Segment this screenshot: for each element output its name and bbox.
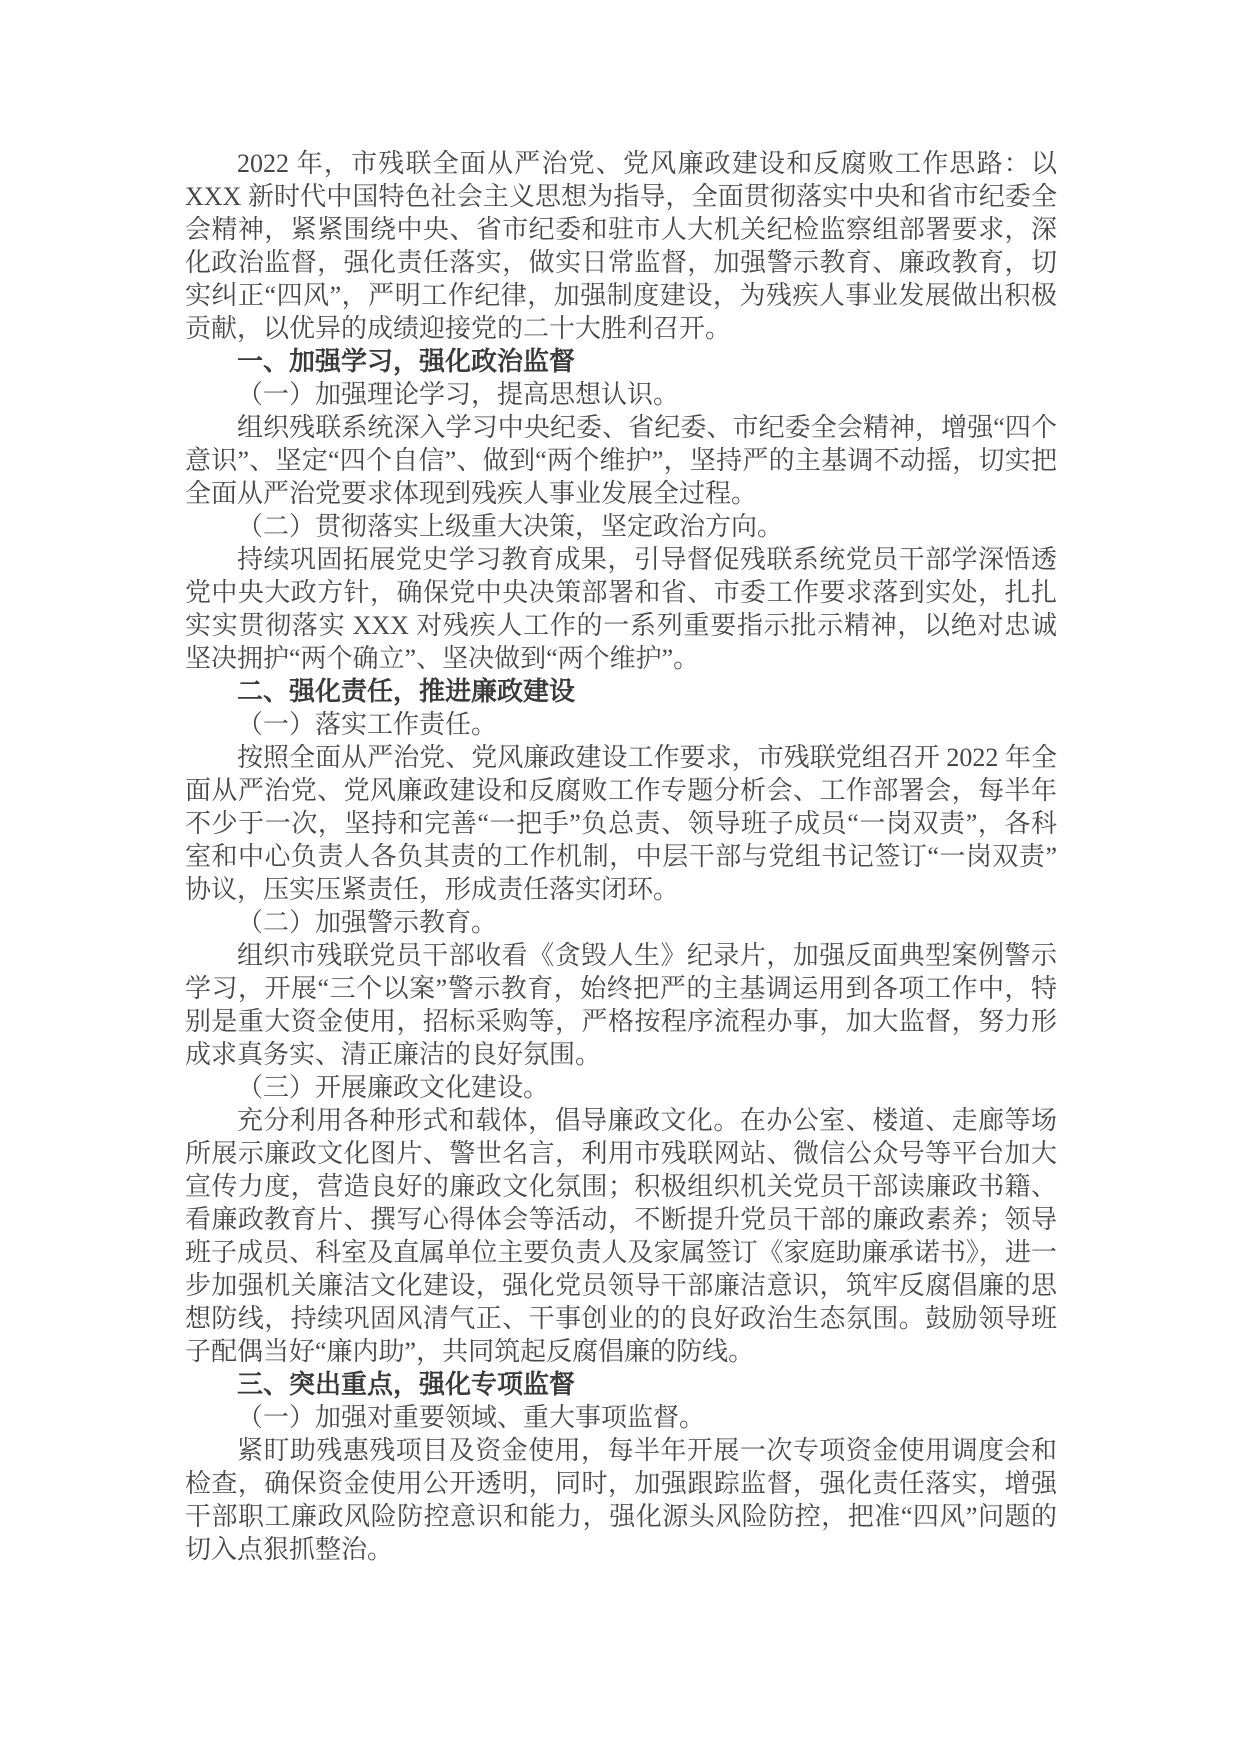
body-paragraph: 持续巩固拓展党史学习教育成果，引导督促残联系统党员干部学深悟透党中央大政方针，确… (185, 543, 1057, 675)
body-paragraph: 紧盯助残惠残项目及资金使用，每半年开展一次专项资金使用调度会和检查，确保资金使用… (185, 1434, 1057, 1566)
sub-item-heading: （一）加强理论学习，提高思想认识。 (185, 378, 1057, 411)
section-heading: 二、强化责任，推进廉政建设 (185, 675, 1057, 708)
section-heading: 三、突出重点，强化专项监督 (185, 1368, 1057, 1401)
sub-item-heading: （三）开展廉政文化建设。 (185, 1071, 1057, 1104)
document-page: 2022 年，市残联全面从严治党、党风廉政建设和反腐败工作思路：以 XXX 新时… (0, 0, 1240, 1754)
body-paragraph: 组织残联系统深入学习中央纪委、省纪委、市纪委全会精神，增强“四个意识”、坚定“四… (185, 411, 1057, 510)
sub-item-heading: （二）加强警示教育。 (185, 906, 1057, 939)
document-body: 2022 年，市残联全面从严治党、党风廉政建设和反腐败工作思路：以 XXX 新时… (185, 147, 1057, 1566)
sub-item-heading: （一）落实工作责任。 (185, 708, 1057, 741)
sub-item-heading: （一）加强对重要领域、重大事项监督。 (185, 1401, 1057, 1434)
body-paragraph: 充分利用各种形式和载体，倡导廉政文化。在办公室、楼道、走廊等场所展示廉政文化图片… (185, 1104, 1057, 1368)
body-paragraph: 2022 年，市残联全面从严治党、党风廉政建设和反腐败工作思路：以 XXX 新时… (185, 147, 1057, 345)
sub-item-heading: （二）贯彻落实上级重大决策，坚定政治方向。 (185, 510, 1057, 543)
body-paragraph: 组织市残联党员干部收看《贪毁人生》纪录片，加强反面典型案例警示学习，开展“三个以… (185, 939, 1057, 1071)
section-heading: 一、加强学习，强化政治监督 (185, 345, 1057, 378)
body-paragraph: 按照全面从严治党、党风廉政建设工作要求，市残联党组召开 2022 年全面从严治党… (185, 741, 1057, 906)
